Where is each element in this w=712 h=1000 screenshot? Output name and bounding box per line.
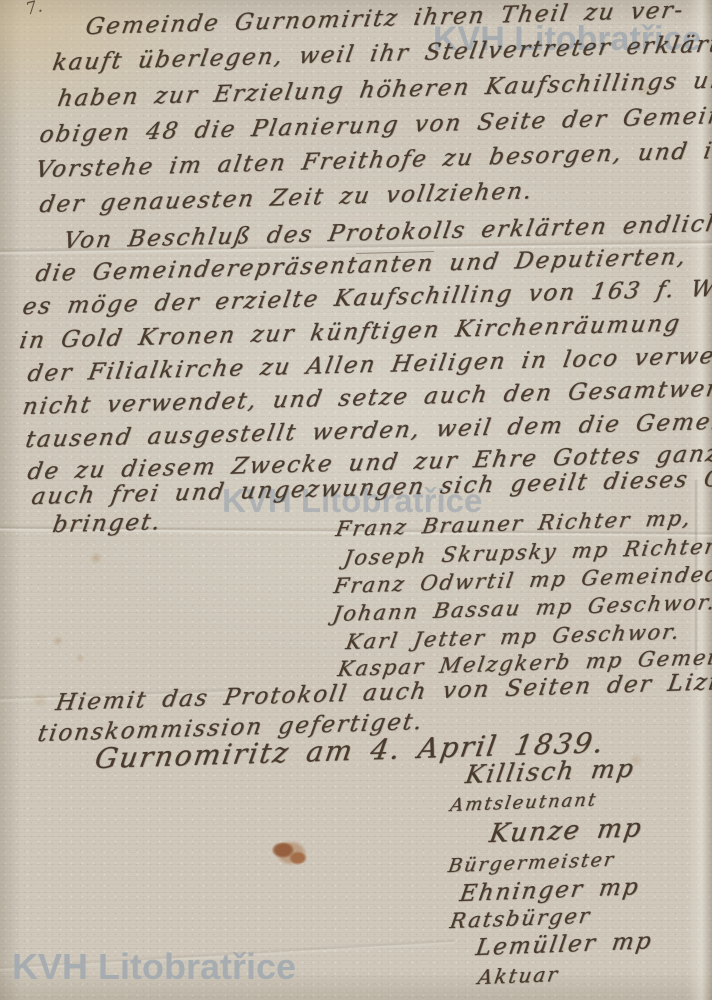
handwriting-line: der genauesten Zeit zu vollziehen. (38, 178, 536, 218)
handwriting-line: Aktuar (476, 962, 561, 989)
folio-mark: 7. (24, 0, 45, 20)
handwriting-line: Bürgermeister (447, 849, 617, 878)
handwriting-line: Ehninger mp (458, 874, 642, 907)
handwriting-line: Kunze mp (487, 813, 645, 849)
handwriting-line: Lemüller mp (474, 928, 655, 961)
handwriting-line: Ratsbürger (448, 904, 593, 934)
watermark-text: KVH Litobratřice (12, 946, 296, 988)
handwriting-line: Killisch mp (463, 754, 637, 790)
handwriting-line: bringet. (51, 509, 164, 538)
scanned-document-page: 7. KVH Litobratřice KVH Litobratřice KVH… (0, 0, 712, 1000)
handwriting-line: Amtsleutnant (449, 789, 599, 816)
